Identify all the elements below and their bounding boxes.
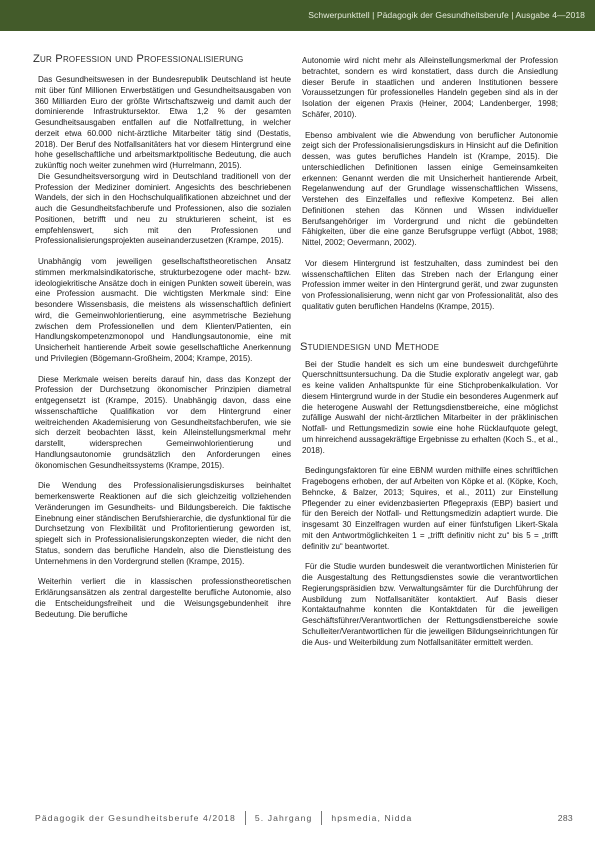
paragraph: Diese Merkmale weisen bereits darauf hin… [35,375,291,472]
running-title: Schwerpunkttell | Pädagogik der Gesundhe… [308,10,585,20]
header-bar: Schwerpunkttell | Pädagogik der Gesundhe… [0,0,595,31]
page-footer: Pädagogik der Gesundheitsberufe 4/2018 5… [35,811,573,825]
paragraph: Für die Studie wurden bundesweit die ver… [302,562,558,648]
footer-volume: 5. Jahrgang [255,813,313,823]
paragraph: Das Gesundheitswesen in der Bundesrepubl… [35,75,291,172]
paragraph: Autonomie wird nicht mehr als Alleinstel… [302,56,558,121]
paragraph: Weiterhin verliert die in klassischen pr… [35,577,291,620]
footer-divider [321,811,322,825]
section-title-profession: Zur Profession und Professionalisierung [33,52,291,66]
page-number: 283 [558,813,573,823]
left-column: Zur Profession und Professionalisierung … [35,52,291,620]
paragraph: Vor diesem Hintergrund ist festzuhalten,… [302,259,558,313]
paragraph: Die Wendung des Professionalisierungsdis… [35,481,291,567]
footer-journal: Pädagogik der Gesundheitsberufe 4/2018 [35,813,236,823]
footer-divider [245,811,246,825]
paragraph: Bedingungsfaktoren für eine EBNM wurden … [302,466,558,552]
paragraph: Die Gesundheitsversorgung wird in Deutsc… [35,172,291,247]
paragraph: Ebenso ambivalent wie die Abwendung von … [302,131,558,249]
paragraph: Unabhängig vom jeweiligen gesellschaftst… [35,257,291,365]
paragraph: Bei der Studie handelt es sich um eine b… [302,360,558,457]
right-column: Autonomie wird nicht mehr als Alleinstel… [302,56,558,648]
footer-publisher: hpsmedia, Nidda [331,813,412,823]
section-title-studiendesign: Studiendesign und Methode [300,340,558,354]
